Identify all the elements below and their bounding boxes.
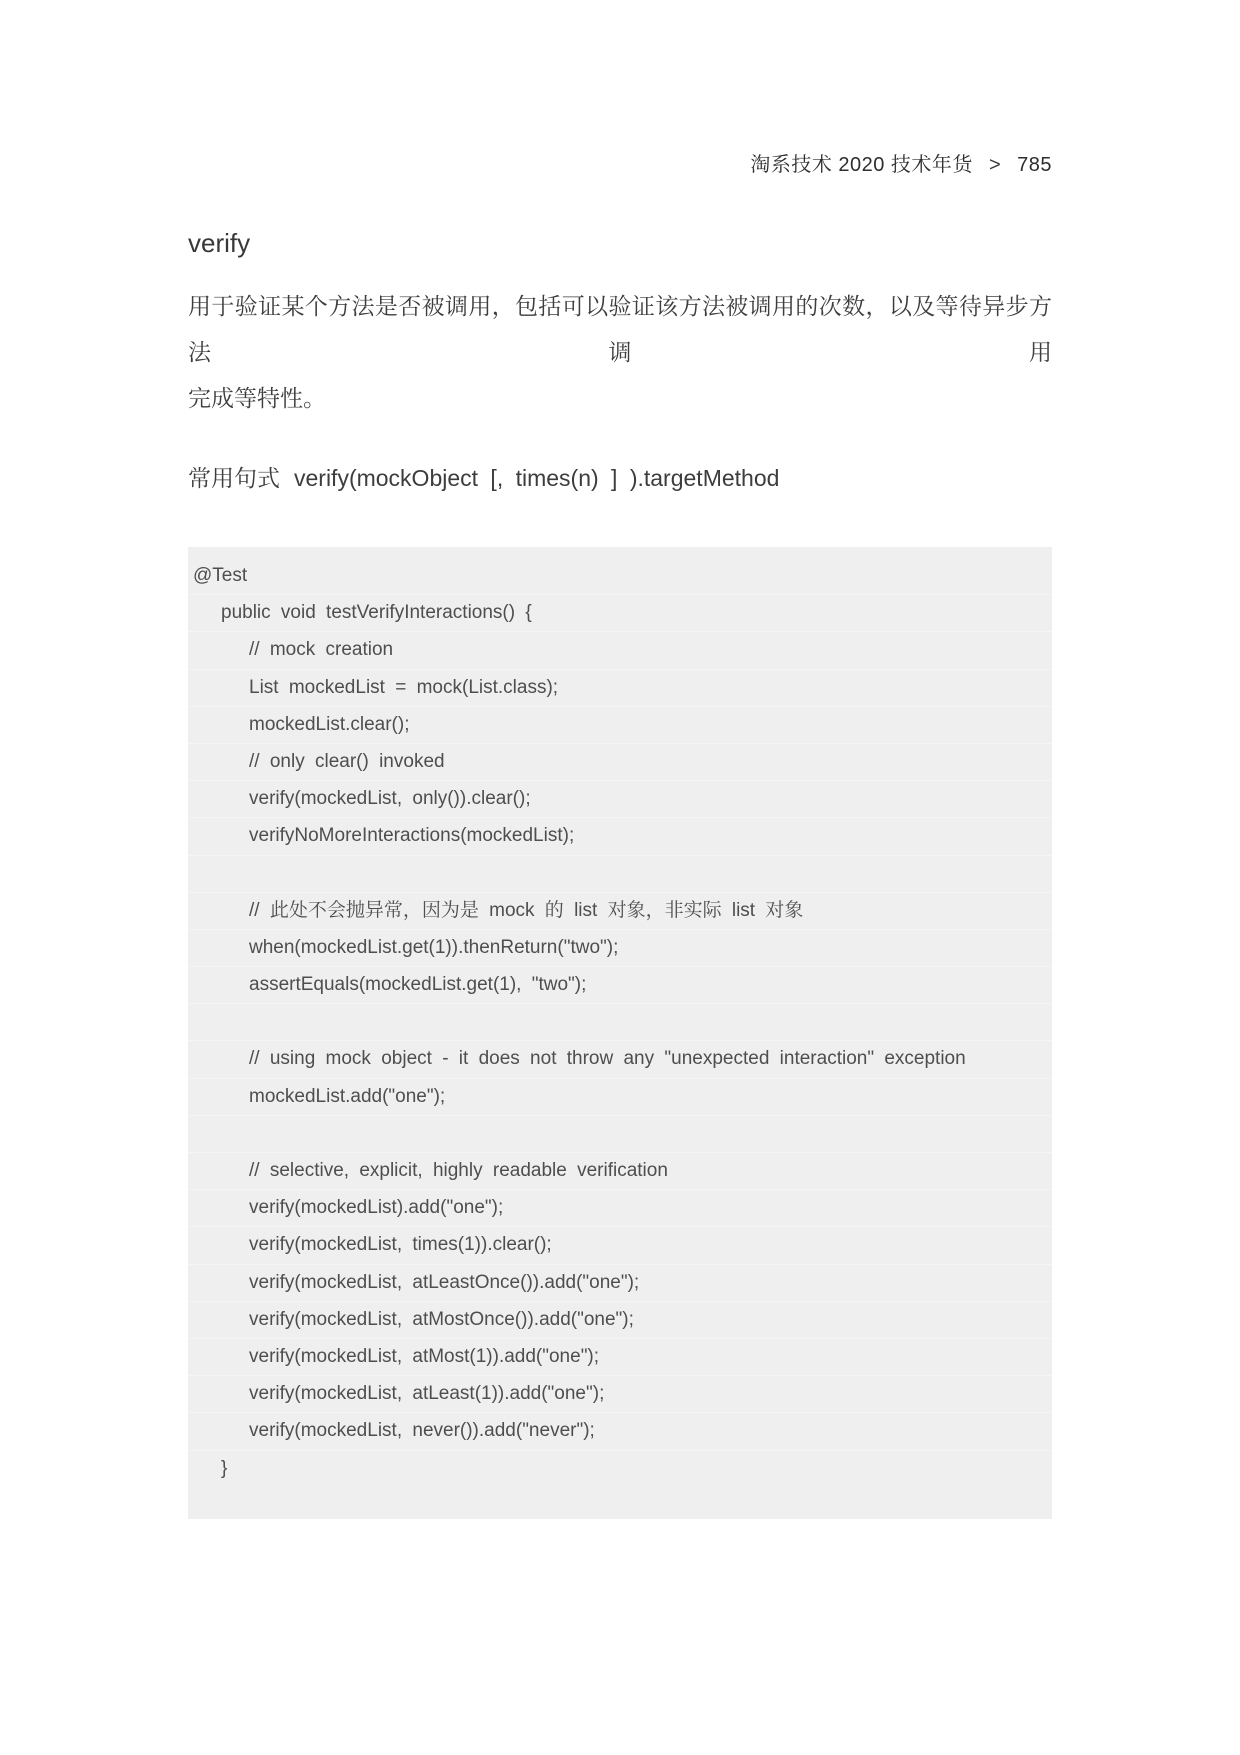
code-line: } <box>188 1451 1052 1488</box>
code-line: verify(mockedList).add("one"); <box>188 1190 1052 1227</box>
syntax-code: verify(mockObject [, times(n) ] ).target… <box>294 465 779 491</box>
code-line: verify(mockedList, only()).clear(); <box>188 781 1052 818</box>
code-line <box>188 1116 1052 1153</box>
code-line <box>188 1004 1052 1041</box>
code-line: verify(mockedList, atMost(1)).add("one")… <box>188 1339 1052 1376</box>
code-line: verify(mockedList, atLeastOnce()).add("o… <box>188 1265 1052 1302</box>
body-paragraph: 用于验证某个方法是否被调用，包括可以验证该方法被调用的次数，以及等待异步方法调用… <box>188 283 1052 421</box>
code-line: verify(mockedList, atMostOnce()).add("on… <box>188 1302 1052 1339</box>
document-page: 淘系技术 2020 技术年货>785 verify 用于验证某个方法是否被调用，… <box>0 0 1240 1755</box>
page-header: 淘系技术 2020 技术年货>785 <box>188 148 1052 177</box>
paragraph-line: 完成等特性。 <box>188 375 1052 421</box>
code-line: mockedList.clear(); <box>188 707 1052 744</box>
book-title: 淘系技术 2020 技术年货 <box>750 154 973 176</box>
code-line <box>188 856 1052 893</box>
code-line: verify(mockedList, atLeast(1)).add("one"… <box>188 1376 1052 1413</box>
code-line: public void testVerifyInteractions() { <box>188 595 1052 632</box>
page-number: 785 <box>1017 154 1052 177</box>
code-line: when(mockedList.get(1)).thenReturn("two"… <box>188 930 1052 967</box>
syntax-label: 常用句式 <box>188 465 280 491</box>
code-line: List mockedList = mock(List.class); <box>188 670 1052 707</box>
section-title: verify <box>188 228 1052 259</box>
code-line: // mock creation <box>188 632 1052 669</box>
code-line: @Test <box>188 558 1052 595</box>
code-line: // 此处不会抛异常，因为是 mock 的 list 对象，非实际 list 对… <box>188 893 1052 930</box>
syntax-line: 常用句式verify(mockObject [, times(n) ] ).ta… <box>188 460 1052 493</box>
code-line: assertEquals(mockedList.get(1), "two"); <box>188 967 1052 1004</box>
paragraph-line: 用于验证某个方法是否被调用，包括可以验证该方法被调用的次数，以及等待异步方法调用 <box>188 283 1052 375</box>
code-block: @Testpublic void testVerifyInteractions(… <box>188 547 1052 1519</box>
code-line: mockedList.add("one"); <box>188 1079 1052 1116</box>
code-line: // selective, explicit, highly readable … <box>188 1153 1052 1190</box>
code-line: verifyNoMoreInteractions(mockedList); <box>188 818 1052 855</box>
code-line: verify(mockedList, times(1)).clear(); <box>188 1227 1052 1264</box>
code-line: // only clear() invoked <box>188 744 1052 781</box>
code-line: // using mock object - it does not throw… <box>188 1041 1052 1078</box>
code-line: verify(mockedList, never()).add("never")… <box>188 1413 1052 1450</box>
header-separator: > <box>989 154 1001 177</box>
